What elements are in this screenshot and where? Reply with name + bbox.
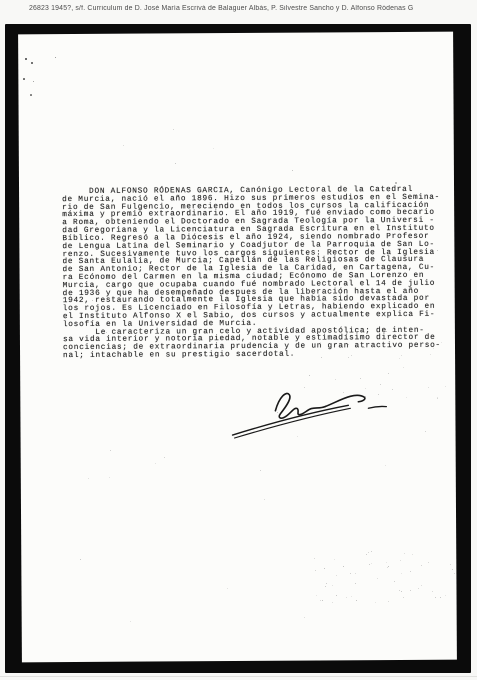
photocopy-black-frame: DON ALFONSO RÓDENAS GARCIA, Canónigo Lec…	[5, 24, 471, 673]
catalog-header-line: 26823 1945?, s/f. Curriculum de D. José …	[29, 5, 477, 12]
scan-artifact-line	[0, 676, 477, 677]
scanned-document-page: 26823 1945?, s/f. Curriculum de D. José …	[0, 0, 477, 680]
paper-sheet: DON ALFONSO RÓDENAS GARCIA, Canónigo Lec…	[18, 32, 457, 663]
signature-flourish	[230, 384, 398, 441]
typewritten-text-block: DON ALFONSO RÓDENAS GARCIA, Canónigo Lec…	[62, 187, 461, 361]
